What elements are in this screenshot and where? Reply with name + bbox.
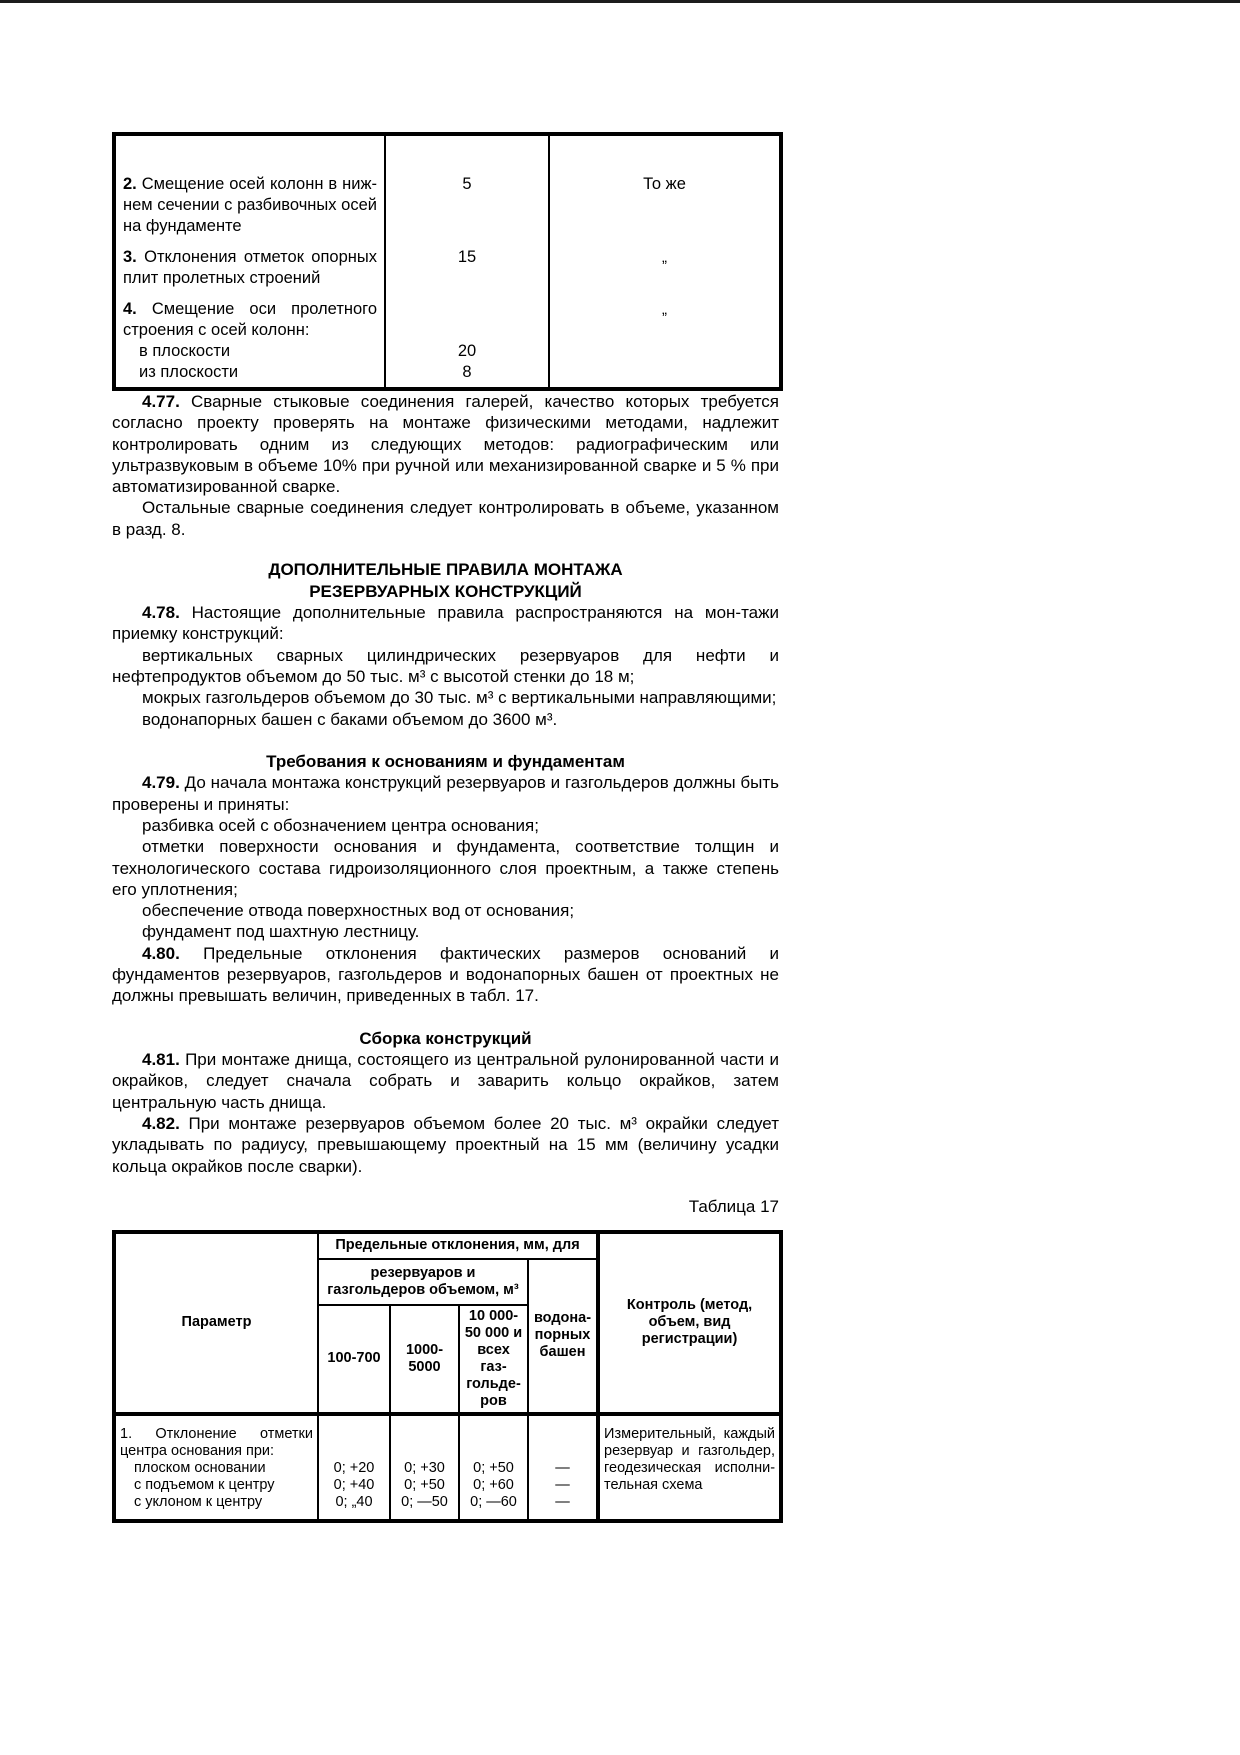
para-text: фундамент под шахтную лестницу. [142,922,419,941]
spacer [533,1426,592,1460]
header-range-100-700: 100-700 [318,1305,390,1414]
para-text: отметки поверхности основания и фундамен… [112,837,779,899]
param-text: Смещение осей колонн в ниж-нем сечении с… [123,175,377,235]
spacer [464,1426,523,1460]
param-cell: 2. Смещение осей колонн в ниж-нем сечени… [114,134,385,247]
paragraph: мокрых газгольдеров объемом до 30 тыс. м… [112,687,779,708]
para-text: вертикальных сварных цилиндрических резе… [112,646,779,686]
value: 0; —50 [395,1494,454,1511]
paragraph-4-77: 4.77. Сварные стыковые соединения галере… [112,391,779,497]
value-cell-100-700: 0; +20 0; +40 0; „40 [318,1414,390,1521]
para-lead: 4.80. [142,944,180,963]
value: — [533,1477,592,1494]
para-text: водонапорных башен с баками объемом до 3… [142,710,557,729]
param-cell: 4. Смещение оси пролетного строения с ос… [114,299,385,389]
table-row: 2. Смещение осей колонн в ниж-нем сечени… [114,134,781,247]
control-cell: „ [549,299,781,389]
header-range-1000-5000: 1000-5000 [390,1305,459,1414]
paragraph-4-78: 4.78. Настоящие дополнительные правила р… [112,602,779,645]
para-lead: 4.82. [142,1114,180,1133]
para-text: Сварные стыковые соединения галерей, кач… [112,392,779,496]
heading-line: РЕЗЕРВУАРНЫХ КОНСТРУКЦИЙ [112,581,779,603]
control-cell: Измерительный, каждый резервуар и газгол… [598,1414,781,1521]
param-cell: 3. Отклонения отметок опорных плит проле… [114,247,385,299]
para-lead: 4.79. [142,773,180,792]
row-number: 4. [123,300,137,318]
page-content: 2. Смещение осей колонн в ниж-нем сечени… [112,132,779,1523]
value-cell-10000-50000: 0; +50 0; +60 0; —60 [459,1414,528,1521]
scan-edge [0,0,1240,3]
paragraph-4-81: 4.81. При монтаже днища, состоящего из ц… [112,1049,779,1113]
section-heading-foundations: Требования к основаниям и фундаментам [112,751,779,773]
section-heading-additional-rules: ДОПОЛНИТЕЛЬНЫЕ ПРАВИЛА МОНТАЖА РЕЗЕРВУАР… [112,559,779,602]
spacer [393,299,541,341]
value: 0; +50 [464,1460,523,1477]
paragraph: водонапорных башен с баками объемом до 3… [112,709,779,730]
header-control: Контроль (метод, объем, вид регистрации) [598,1232,781,1414]
para-lead: 4.77. [142,392,180,411]
paragraph-4-80: 4.80. Предельные отклонения фактических … [112,943,779,1007]
para-text: Предельные отклонения фактических размер… [112,944,779,1006]
header-reservoirs-group: резервуаров и газгольдеров объемом, м³ [318,1259,528,1305]
sub-param: с уклоном к центру [120,1494,313,1511]
paragraph-4-82: 4.82. При монтаже резервуаров объемом бо… [112,1113,779,1177]
heading-line: ДОПОЛНИТЕЛЬНЫЕ ПРАВИЛА МОНТАЖА [112,559,779,581]
param-text: 1. Отклонение отметки центра основания п… [120,1426,313,1460]
value: 0; „40 [323,1494,385,1511]
control-cell: То же [549,134,781,247]
param-text: Отклонения отметок опорных плит пролетны… [123,248,377,287]
header-water-towers: водона-порных башен [528,1259,598,1414]
table-row: 1. Отклонение отметки центра основания п… [114,1414,781,1521]
para-lead: 4.78. [142,603,180,622]
table-row: 3. Отклонения отметок опорных плит проле… [114,247,781,299]
paragraph: фундамент под шахтную лестницу. [112,921,779,942]
paragraph: отметки поверхности основания и фундамен… [112,836,779,900]
para-text: При монтаже резервуаров объемом более 20… [112,1114,779,1176]
sub-param: из плоскости [123,362,377,383]
spacer [395,1426,454,1460]
para-text: Настоящие дополнительные правила распрос… [112,603,779,643]
sub-param: с подъемом к центру [120,1477,313,1494]
value: 0; +60 [464,1477,523,1494]
header-range-10000-50000: 10 000-50 000 и всех газ-гольде-ров [459,1305,528,1414]
para-lead: 4.81. [142,1050,180,1069]
value: — [533,1494,592,1511]
para-text: При монтаже днища, состоящего из централ… [112,1050,779,1112]
header-deviations-group: Предельные отклонения, мм, для [318,1232,598,1259]
para-text: мокрых газгольдеров объемом до 30 тыс. м… [142,688,776,707]
paragraph: вертикальных сварных цилиндрических резе… [112,645,779,688]
paragraph: обеспечение отвода поверхностных вод от … [112,900,779,921]
para-text: обеспечение отвода поверхностных вод от … [142,901,574,920]
paragraph: разбивка осей с обозначением центра осно… [112,815,779,836]
value-cell: 5 [385,134,549,247]
para-text: Остальные сварные соединения следует кон… [112,498,779,538]
control-cell: „ [549,247,781,299]
value-cell: 15 [385,247,549,299]
para-text: До начала монтажа конструкций резервуаро… [112,773,779,813]
value: 0; +30 [395,1460,454,1477]
section-heading-assembly: Сборка конструкций [112,1028,779,1050]
value: — [533,1460,592,1477]
value-cell-1000-5000: 0; +30 0; +50 0; —50 [390,1414,459,1521]
value: 0; +50 [395,1477,454,1494]
table-17: Параметр Предельные отклонения, мм, для … [112,1230,783,1523]
param-cell: 1. Отклонение отметки центра основания п… [114,1414,318,1521]
spacer [323,1426,385,1460]
value-cell-water-towers: — — — [528,1414,598,1521]
continuation-table: 2. Смещение осей колонн в ниж-нем сечени… [112,132,783,391]
row-number: 2. [123,175,137,193]
row-number: 3. [123,248,137,266]
header-param: Параметр [114,1232,318,1414]
control-text: Измерительный, каждый резервуар и газгол… [604,1426,775,1494]
sub-param: плоском основании [120,1460,313,1477]
value: 0; —60 [464,1494,523,1511]
paragraph-4-79: 4.79. До начала монтажа конструкций резе… [112,772,779,815]
sub-param: в плоскости [123,341,377,362]
table-row: 4. Смещение оси пролетного строения с ос… [114,299,781,389]
sub-value: 8 [393,362,541,383]
para-text: разбивка осей с обозначением центра осно… [142,816,539,835]
param-text: 4. Смещение оси пролетного строения с ос… [123,299,377,341]
sub-value: 20 [393,341,541,362]
document-page: 2. Смещение осей колонн в ниж-нем сечени… [0,0,1240,1755]
table-caption: Таблица 17 [112,1196,779,1217]
paragraph: Остальные сварные соединения следует кон… [112,497,779,540]
value-cell: 20 8 [385,299,549,389]
header-row: Параметр Предельные отклонения, мм, для … [114,1232,781,1259]
value: 0; +20 [323,1460,385,1477]
value: 0; +40 [323,1477,385,1494]
